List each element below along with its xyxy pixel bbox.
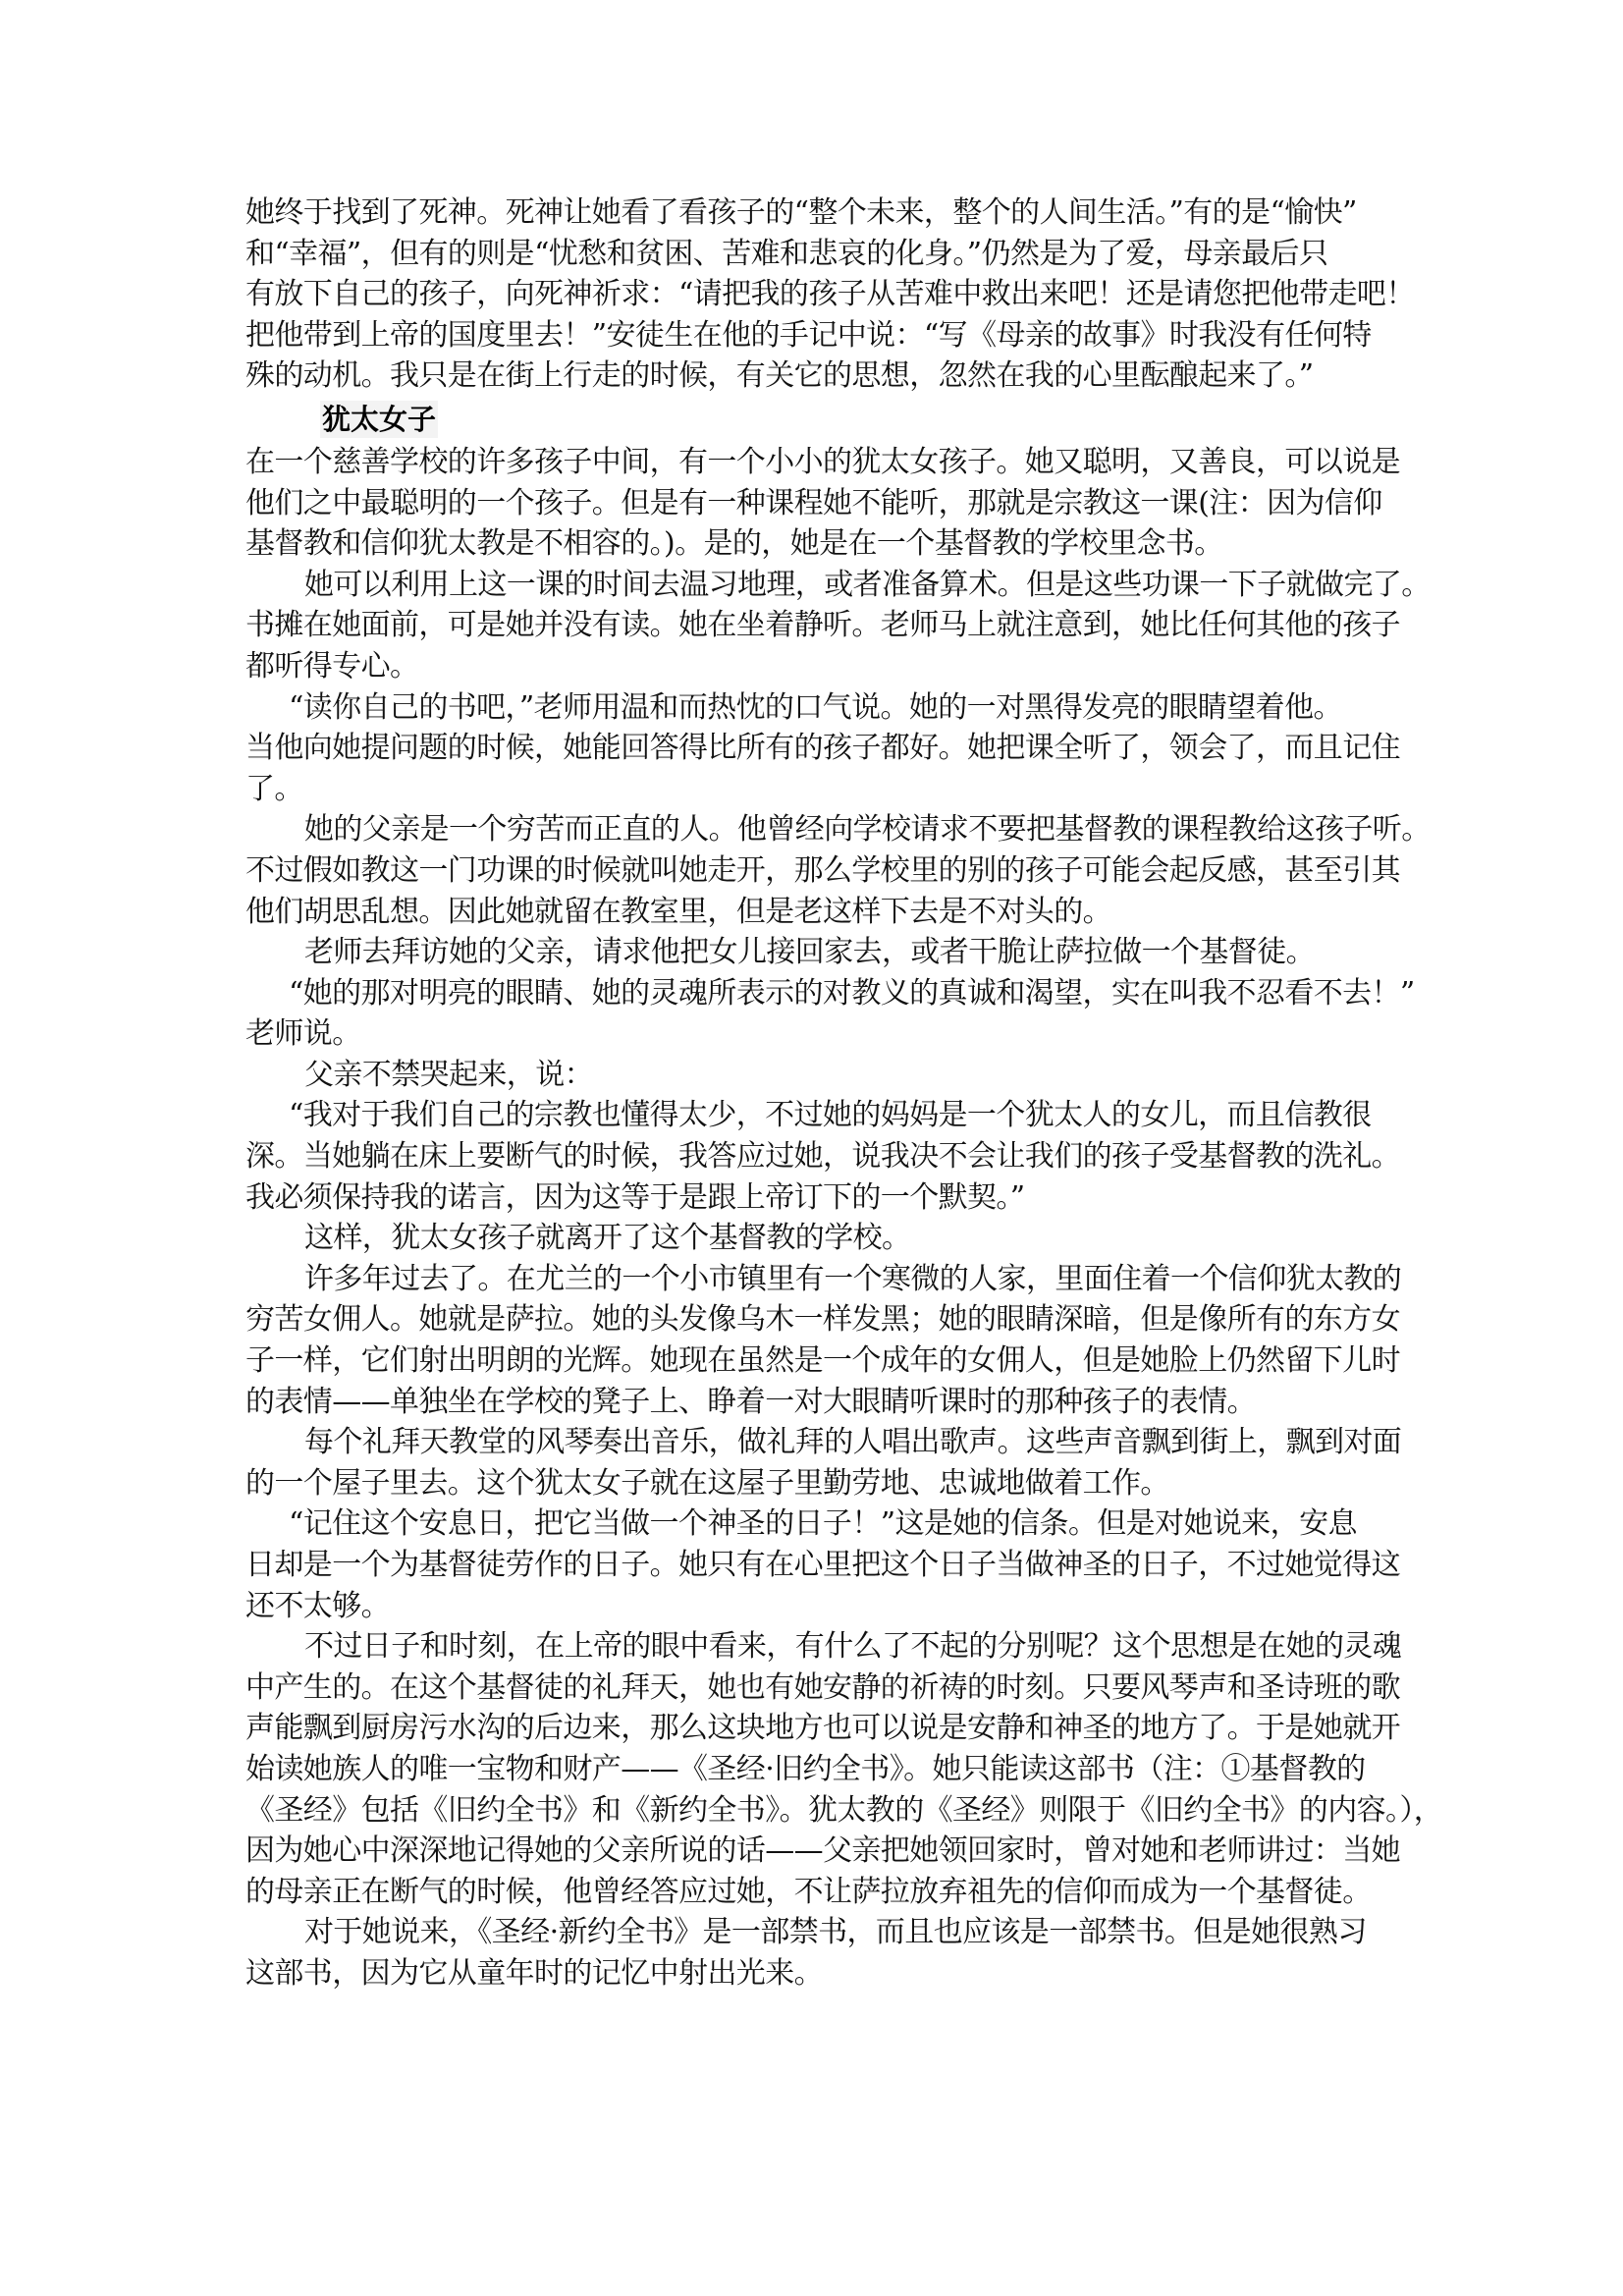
intro-paragraph: 她终于找到了死神。死神让她看了看孩子的“整个未来，整个的人间生活。”有的是“愉快… <box>245 192 1380 397</box>
text-line: 和“幸福”，但有的则是“忧愁和贫困、苦难和悲哀的化身。”仍然是为了爱，母亲最后只 <box>245 234 1380 275</box>
section-heading-row: 犹太女子 <box>245 397 1380 442</box>
text-line: 这样，犹太女孩子就离开了这个基督教的学校。 <box>245 1218 1380 1259</box>
text-line: 《圣经》包括《旧约全书》和《新约全书》。犹太教的《圣经》则限于《旧约全书》的内容… <box>245 1790 1380 1831</box>
text-line: 父亲不禁哭起来，说： <box>245 1055 1380 1096</box>
text-line: “我对于我们自己的宗教也懂得太少，不过她的妈妈是一个犹太人的女儿，而且信教很 <box>245 1095 1380 1136</box>
text-line: 殊的动机。我只是在街上行走的时候，有关它的思想，忽然在我的心里酝酿起来了。” <box>245 355 1380 397</box>
text-line: 穷苦女佣人。她就是萨拉。她的头发像乌木一样发黑；她的眼睛深暗，但是像所有的东方女 <box>245 1299 1380 1340</box>
text-line: 有放下自己的孩子，向死神祈求：“请把我的孩子从苦难中救出来吧！还是请您把他带走吧… <box>245 274 1380 315</box>
text-line: 老师去拜访她的父亲，请求他把女儿接回家去，或者干脆让萨拉做一个基督徒。 <box>245 932 1380 973</box>
text-line: 声能飘到厨房污水沟的后边来，那么这块地方也可以说是安静和神圣的地方了。于是她就开 <box>245 1708 1380 1749</box>
text-line: “读你自己的书吧，”老师用温和而热忱的口气说。她的一对黑得发亮的眼睛望着他。 <box>245 687 1380 729</box>
story-body: 在一个慈善学校的许多孩子中间，有一个小小的犹太女孩子。她又聪明，又善良，可以说是… <box>245 442 1380 1995</box>
text-line: 他们之中最聪明的一个孩子。但是有一种课程她不能听，那就是宗教这一课(注：因为信仰 <box>245 483 1380 524</box>
text-line: 都听得专心。 <box>245 646 1380 687</box>
text-line: 这部书，因为它从童年时的记忆中射出光来。 <box>245 1953 1380 1995</box>
text-line: 的母亲正在断气的时候，他曾经答应过她，不让萨拉放弃祖先的信仰而成为一个基督徒。 <box>245 1872 1380 1913</box>
text-line: 了。 <box>245 769 1380 810</box>
text-line: 当他向她提问题的时候，她能回答得比所有的孩子都好。她把课全听了，领会了，而且记住 <box>245 728 1380 769</box>
text-line: 日却是一个为基督徒劳作的日子。她只有在心里把这个日子当做神圣的日子，不过她觉得这 <box>245 1545 1380 1586</box>
text-line: 她的父亲是一个穷苦而正直的人。他曾经向学校请求不要把基督教的课程教给这孩子听。 <box>245 809 1380 850</box>
text-line: 每个礼拜天教堂的风琴奏出音乐，做礼拜的人唱出歌声。这些声音飘到街上，飘到对面 <box>245 1422 1380 1463</box>
section-title: 犹太女子 <box>320 401 438 438</box>
text-line: 把他带到上帝的国度里去！”安徒生在他的手记中说：“写《母亲的故事》时我没有任何特 <box>245 315 1380 356</box>
text-line: 还不太够。 <box>245 1586 1380 1627</box>
text-line: 我必须保持我的诺言，因为这等于是跟上帝订下的一个默契。” <box>245 1177 1380 1219</box>
text-line: “记住这个安息日，把它当做一个神圣的日子！”这是她的信条。但是对她说来，安息 <box>245 1503 1380 1545</box>
text-line: 老师说。 <box>245 1013 1380 1055</box>
text-line: 在一个慈善学校的许多孩子中间，有一个小小的犹太女孩子。她又聪明，又善良，可以说是 <box>245 442 1380 483</box>
text-line: 中产生的。在这个基督徒的礼拜天，她也有她安静的祈祷的时刻。只要风琴声和圣诗班的歌 <box>245 1667 1380 1709</box>
text-line: 不过假如教这一门功课的时候就叫她走开，那么学校里的别的孩子可能会起反感，甚至引其 <box>245 850 1380 892</box>
document-page: 她终于找到了死神。死神让她看了看孩子的“整个未来，整个的人间生活。”有的是“愉快… <box>245 192 1380 1995</box>
text-line: 书摊在她面前，可是她并没有读。她在坐着静听。老师马上就注意到，她比任何其他的孩子 <box>245 605 1380 646</box>
text-line: 因为她心中深深地记得她的父亲所说的话——父亲把她领回家时，曾对她和老师讲过：当她 <box>245 1831 1380 1872</box>
text-line: 子一样，它们射出明朗的光辉。她现在虽然是一个成年的女佣人，但是她脸上仍然留下儿时 <box>245 1340 1380 1382</box>
text-line: 对于她说来，《圣经·新约全书》是一部禁书，而且也应该是一部禁书。但是她很熟习 <box>245 1912 1380 1953</box>
text-line: 的一个屋子里去。这个犹太女子就在这屋子里勤劳地、忠诚地做着工作。 <box>245 1463 1380 1504</box>
text-line: 他们胡思乱想。因此她就留在教室里，但是老这样下去是不对头的。 <box>245 892 1380 933</box>
text-line: 她终于找到了死神。死神让她看了看孩子的“整个未来，整个的人间生活。”有的是“愉快… <box>245 192 1380 234</box>
text-line: 她可以利用上这一课的时间去温习地理，或者准备算术。但是这些功课一下子就做完了。 <box>245 565 1380 606</box>
text-line: 许多年过去了。在尤兰的一个小市镇里有一个寒微的人家，里面住着一个信仰犹太教的 <box>245 1259 1380 1300</box>
text-line: 的表情——单独坐在学校的凳子上、睁着一对大眼睛听课时的那种孩子的表情。 <box>245 1382 1380 1423</box>
text-line: 始读她族人的唯一宝物和财产——《圣经·旧约全书》。她只能读这部书（注：①基督教的 <box>245 1749 1380 1790</box>
text-line: 不过日子和时刻，在上帝的眼中看来，有什么了不起的分别呢？这个思想是在她的灵魂 <box>245 1626 1380 1667</box>
text-line: 基督教和信仰犹太教是不相容的。)。是的，她是在一个基督教的学校里念书。 <box>245 523 1380 565</box>
text-line: 深。当她躺在床上要断气的时候，我答应过她，说我决不会让我们的孩子受基督教的洗礼。 <box>245 1136 1380 1177</box>
text-line: “她的那对明亮的眼睛、她的灵魂所表示的对教义的真诚和渴望，实在叫我不忍看不去！” <box>245 973 1380 1014</box>
